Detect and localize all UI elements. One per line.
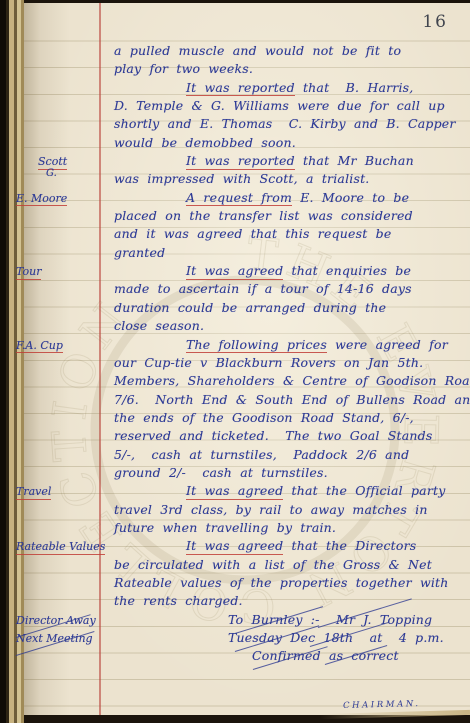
line-lead-underlined: It was reported <box>186 153 295 170</box>
sidebar-heading-group: E. Moore <box>16 192 67 205</box>
line-text: shortly and E. Thomas C. Kirby and B. Ca… <box>114 116 456 131</box>
line-main: granted <box>0 245 470 260</box>
line-text: travel 3rd class, by rail to away matche… <box>114 502 428 517</box>
line-text: E. Moore to be <box>292 190 409 205</box>
minute-line: made to ascertain if a tour of 14-16 day… <box>0 281 470 299</box>
line-text: ground 2/- cash at turnstiles. <box>114 465 328 480</box>
minute-line: play for two weeks. <box>0 61 470 79</box>
minute-line: Tour It was agreed that enquiries be <box>0 263 470 281</box>
minute-line: future when travelling by train. <box>0 520 470 538</box>
line-main: The following prices were agreed for <box>0 337 470 352</box>
line-text: the ends of the Goodison Road Stand, 6/-… <box>114 410 414 425</box>
line-main: placed on the transfer list was consider… <box>0 208 470 223</box>
line-text: that B. Harris, <box>295 80 414 95</box>
sidebar-heading: E. Moore <box>16 192 67 207</box>
minute-line: shortly and E. Thomas C. Kirby and B. Ca… <box>0 116 470 134</box>
line-text: that the Directors <box>283 538 416 553</box>
minute-line: reserved and ticketed. The two Goal Stan… <box>0 428 470 446</box>
line-text: made to ascertain if a tour of 14-16 day… <box>114 281 412 296</box>
line-main: the ends of the Goodison Road Stand, 6/-… <box>0 410 470 425</box>
sidebar-heading: Travel <box>16 485 51 500</box>
minute-line: the ends of the Goodison Road Stand, 6/-… <box>0 410 470 428</box>
line-text: future when travelling by train. <box>114 520 336 535</box>
line-main: It was agreed that enquiries be <box>0 263 470 278</box>
minute-line: It was reported that B. Harris, <box>0 80 470 98</box>
line-text: reserved and ticketed. The two Goal Stan… <box>114 428 432 443</box>
line-text: 7/6. North End & South End of Bullens Ro… <box>114 392 470 407</box>
line-main: be circulated with a list of the Gross &… <box>0 557 470 572</box>
sidebar-heading-group: Rateable Values <box>16 540 105 553</box>
line-lead-underlined: A request from <box>186 190 292 207</box>
line-text: was impressed with Scott, a trialist. <box>114 171 369 186</box>
minute-line: a pulled muscle and would not be fit to <box>0 43 470 61</box>
line-lead-underlined: It was agreed <box>186 263 283 280</box>
line-lead-underlined: It was reported <box>186 80 295 97</box>
sidebar-heading: F.A. Cup <box>16 339 63 354</box>
line-main: It was agreed that the Official party <box>0 483 470 498</box>
minute-line: granted <box>0 245 470 263</box>
page-number: 16 <box>422 12 448 32</box>
minute-line: ground 2/- cash at turnstiles. <box>0 465 470 483</box>
sidebar-heading-group: ScottG. <box>16 155 67 168</box>
line-main: It was reported that Mr Buchan <box>0 153 470 168</box>
line-main: made to ascertain if a tour of 14-16 day… <box>0 281 470 296</box>
sidebar-heading-group: F.A. Cup <box>16 339 63 352</box>
line-main: D. Temple & G. Williams were due for cal… <box>0 98 470 113</box>
line-text: 5/-, cash at turnstiles, Paddock 2/6 and <box>114 447 409 462</box>
line-main: travel 3rd class, by rail to away matche… <box>0 502 470 517</box>
minute-line: and it was agreed that this request be <box>0 226 470 244</box>
minute-line: would be demobbed soon. <box>0 135 470 153</box>
line-text: granted <box>114 245 165 260</box>
line-text: that the Official party <box>283 483 445 498</box>
minute-line: Rateable values of the properties togeth… <box>0 575 470 593</box>
line-text: close season. <box>114 318 204 333</box>
line-main: A request from E. Moore to be <box>0 190 470 205</box>
sidebar-heading: Tour <box>16 265 41 280</box>
minute-line: close season. <box>0 318 470 336</box>
minute-line: D. Temple & G. Williams were due for cal… <box>0 98 470 116</box>
line-main: our Cup-tie v Blackburn Rovers on Jan 5t… <box>0 355 470 370</box>
line-main: reserved and ticketed. The two Goal Stan… <box>0 428 470 443</box>
minute-line: was impressed with Scott, a trialist. <box>0 171 470 189</box>
line-text: would be demobbed soon. <box>114 135 296 150</box>
line-text: our Cup-tie v Blackburn Rovers on Jan 5t… <box>114 355 423 370</box>
line-main: close season. <box>0 318 470 333</box>
line-main: shortly and E. Thomas C. Kirby and B. Ca… <box>0 116 470 131</box>
line-text: that Mr Buchan <box>295 153 414 168</box>
minute-line: placed on the transfer list was consider… <box>0 208 470 226</box>
line-main: ground 2/- cash at turnstiles. <box>0 465 470 480</box>
minute-line: be circulated with a list of the Gross &… <box>0 557 470 575</box>
minute-line: E. Moore A request from E. Moore to be <box>0 190 470 208</box>
line-text: Rateable values of the properties togeth… <box>114 575 449 590</box>
minute-book-page: THE EVERTON COLLECTION 16 a pulled muscl… <box>0 0 470 723</box>
line-text: Members, Shareholders & Centre of Goodis… <box>114 373 470 388</box>
minute-line: duration could be arranged during the <box>0 300 470 318</box>
line-lead-underlined: The following prices <box>186 337 327 354</box>
line-text: placed on the transfer list was consider… <box>114 208 413 223</box>
line-main: 7/6. North End & South End of Bullens Ro… <box>0 392 470 407</box>
line-text: a pulled muscle and would not be fit to <box>114 43 401 58</box>
sidebar-heading-group: Tour <box>16 265 41 278</box>
line-main: Members, Shareholders & Centre of Goodis… <box>0 373 470 388</box>
line-text: be circulated with a list of the Gross &… <box>114 557 432 572</box>
minute-line: Travel It was agreed that the Official p… <box>0 483 470 501</box>
minute-line: 7/6. North End & South End of Bullens Ro… <box>0 392 470 410</box>
line-text: and it was agreed that this request be <box>114 226 391 241</box>
sidebar-heading: Rateable Values <box>16 540 105 555</box>
line-main: play for two weeks. <box>0 61 470 76</box>
line-lead-underlined: It was agreed <box>186 483 283 500</box>
line-main: It was reported that B. Harris, <box>0 80 470 95</box>
chairman-signature-label: CHAIRMAN. <box>343 699 421 711</box>
line-text: duration could be arranged during the <box>114 300 386 315</box>
line-main: Rateable values of the properties togeth… <box>0 575 470 590</box>
line-main: future when travelling by train. <box>0 520 470 535</box>
line-text: D. Temple & G. Williams were due for cal… <box>114 98 445 113</box>
line-main: and it was agreed that this request be <box>0 226 470 241</box>
minute-line: ScottG. It was reported that Mr Buchan <box>0 153 470 171</box>
minute-line: our Cup-tie v Blackburn Rovers on Jan 5t… <box>0 355 470 373</box>
line-main: 5/-, cash at turnstiles, Paddock 2/6 and <box>0 447 470 462</box>
line-main: a pulled muscle and would not be fit to <box>0 43 470 58</box>
line-main: was impressed with Scott, a trialist. <box>0 171 470 186</box>
minute-lines: a pulled muscle and would not be fit to … <box>0 43 470 667</box>
minute-line: Rateable Values It was agreed that the D… <box>0 538 470 556</box>
minute-line: Members, Shareholders & Centre of Goodis… <box>0 373 470 391</box>
line-text: play for two weeks. <box>114 61 253 76</box>
line-main: would be demobbed soon. <box>0 135 470 150</box>
minute-line: 5/-, cash at turnstiles, Paddock 2/6 and <box>0 447 470 465</box>
line-text: the rents charged. <box>114 593 243 608</box>
line-main: duration could be arranged during the <box>0 300 470 315</box>
sidebar-heading-group: Travel <box>16 485 51 498</box>
line-text: Confirmed as correct <box>252 648 399 663</box>
line-text: were agreed for <box>327 337 448 352</box>
minute-line: F.A. Cup The following prices were agree… <box>0 337 470 355</box>
minute-line: travel 3rd class, by rail to away matche… <box>0 502 470 520</box>
line-text: that enquiries be <box>283 263 411 278</box>
line-lead-underlined: It was agreed <box>186 538 283 555</box>
